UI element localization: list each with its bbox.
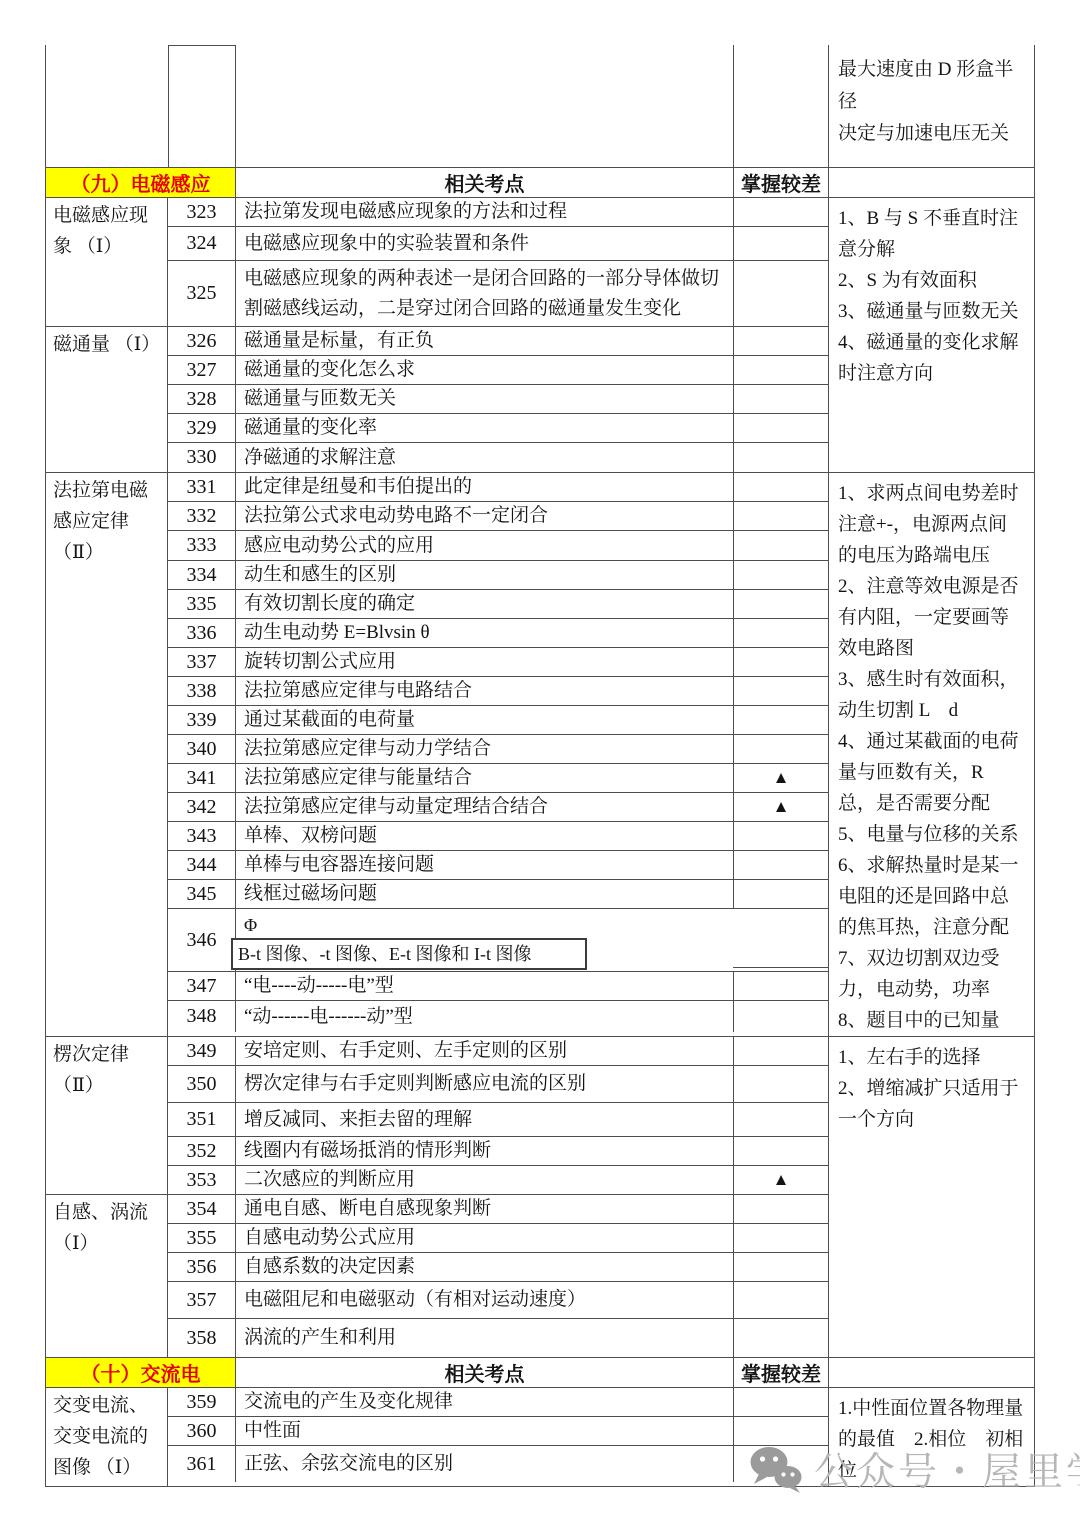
row-number-cell: 345: [168, 880, 236, 908]
category-cell: 楞次定律 （Ⅱ）: [46, 1037, 167, 1195]
row-number-cell: 327: [168, 356, 236, 384]
table-row: 325电磁感应现象的两种表述一是闭合回路的一部分导体做切割磁感线运动，二是穿过闭…: [168, 261, 828, 327]
row-mastery-cell: [733, 1224, 828, 1252]
row-topic-cell: 增反减同、来拒去留的理解: [236, 1103, 733, 1136]
row-mastery-cell: [733, 590, 828, 618]
table-band: 电磁感应现象 （Ⅰ）磁通量 （Ⅰ）323法拉第发现电磁感应现象的方法和过程324…: [46, 198, 1034, 473]
category-column: 电磁感应现象 （Ⅰ）磁通量 （Ⅰ）: [46, 198, 168, 472]
row-number-cell: 343: [168, 822, 236, 850]
row-topic-cell: 单棒、双榜问题: [236, 822, 733, 850]
row-topic-cell: 电磁感应现象中的实验装置和条件: [236, 227, 733, 260]
column-header-mastery: 掌握较差: [734, 1358, 829, 1387]
table-row: 344单棒与电容器连接问题: [168, 851, 828, 880]
row-mastery-cell: [733, 619, 828, 647]
row-topic-cell: 中性面: [236, 1417, 733, 1445]
row-topic-cell: 法拉第感应定律与动力学结合: [236, 735, 733, 763]
table-band: 楞次定律 （Ⅱ）自感、涡流 （Ⅰ）349安培定则、右手定则、左手定则的区别350…: [46, 1037, 1034, 1358]
row-number-cell: 351: [168, 1103, 236, 1136]
row-number-cell: 359: [168, 1388, 236, 1416]
table-row: 355自感电动势公式应用: [168, 1224, 828, 1253]
row-mastery-cell: [733, 1066, 828, 1102]
row-number-cell: 361: [168, 1446, 236, 1482]
row-mastery-cell: [733, 677, 828, 705]
row-mastery-cell: [733, 1195, 828, 1223]
table-row: 323法拉第发现电磁感应现象的方法和过程: [168, 198, 828, 227]
row-number-cell: 330: [168, 443, 236, 472]
row-topic-cell: 线圈内有磁场抵消的情形判断: [236, 1137, 733, 1165]
empty-number-cell: [168, 45, 236, 168]
row-mastery-cell: [733, 735, 828, 763]
phi-symbol: Φ: [244, 910, 257, 940]
row-topic-cell: 正弦、余弦交流电的区别: [236, 1446, 733, 1482]
row-mastery-cell: [733, 1137, 828, 1165]
row-mastery-cell: [733, 443, 828, 472]
table-row: 354通电自感、断电自感现象判断: [168, 1195, 828, 1224]
band-notes-cell: 1、求两点间电势差时注意+-，电源两点间的电压为路端电压 2、注意等效电源是否有…: [828, 473, 1034, 1036]
exam-points-table: 最大速度由 D 形盒半径 决定与加速电压无关 （九）电磁感应相关考点掌握较差电磁…: [45, 45, 1035, 1487]
table-row: 347“电----动-----电”型: [168, 972, 828, 1001]
document-page: { "continuation": { "note": "最大速度由 D 形盒半…: [0, 0, 1080, 1526]
column-header-notes-blank: [829, 168, 1034, 197]
row-number-cell: 325: [168, 261, 236, 326]
row-number-cell: 336: [168, 619, 236, 647]
row-number-cell: 360: [168, 1417, 236, 1445]
category-column: 楞次定律 （Ⅱ）自感、涡流 （Ⅰ）: [46, 1037, 168, 1357]
row-mastery-cell: [733, 473, 828, 501]
table-row: 358涡流的产生和利用: [168, 1319, 828, 1357]
row-mastery-cell: [733, 909, 828, 971]
row-topic-cell: 有效切割长度的确定: [236, 590, 733, 618]
table-row: 342法拉第感应定律与动量定理结合结合▲: [168, 793, 828, 822]
category-cell: 磁通量 （Ⅰ）: [46, 327, 167, 472]
table-row: 348“动------电------动”型: [168, 1001, 828, 1032]
band-notes-cell: 1、B 与 S 不垂直时注意分解 2、S 为有效面积 3、磁通量与匝数无关 4、…: [828, 198, 1034, 472]
row-mastery-cell: ▲: [733, 764, 828, 792]
rows-column: 331此定律是纽曼和韦伯提出的332法拉第公式求电动势电路不一定闭合333感应电…: [168, 473, 828, 1036]
row-mastery-cell: [733, 502, 828, 530]
section-title: （十）交流电: [46, 1358, 236, 1387]
table-row: 324电磁感应现象中的实验装置和条件: [168, 227, 828, 261]
row-topic-cell: 净磁通的求解注意: [236, 443, 733, 472]
category-cell: 法拉第电磁感应定律 （Ⅱ）: [46, 473, 167, 1032]
column-header-topics: 相关考点: [236, 168, 734, 197]
table-row: 338法拉第感应定律与电路结合: [168, 677, 828, 706]
graph-types-textbox: B-t 图像、-t 图像、E-t 图像和 I-t 图像: [231, 938, 587, 970]
table-row: 349安培定则、右手定则、左手定则的区别: [168, 1037, 828, 1066]
row-number-cell: 323: [168, 198, 236, 226]
section-header-row: （九）电磁感应相关考点掌握较差: [46, 168, 1034, 198]
table-row: 360中性面: [168, 1417, 828, 1446]
table-row: 326磁通量是标量，有正负: [168, 327, 828, 356]
table-row: 351增反减同、来拒去留的理解: [168, 1103, 828, 1137]
row-topic-cell: 动生和感生的区别: [236, 561, 733, 589]
table-row: 339通过某截面的电荷量: [168, 706, 828, 735]
row-mastery-cell: [733, 972, 828, 1000]
row-number-cell: 350: [168, 1066, 236, 1102]
row-topic-cell: 交流电的产生及变化规律: [236, 1388, 733, 1416]
row-topic-cell: 安培定则、右手定则、左手定则的区别: [236, 1037, 733, 1065]
row-mastery-cell: [733, 880, 828, 908]
table-row: 337旋转切割公式应用: [168, 648, 828, 677]
category-cell: 交变电流、交变电流的图像 （Ⅰ）: [46, 1388, 167, 1482]
category-column: 交变电流、交变电流的图像 （Ⅰ）: [46, 1388, 168, 1486]
row-topic-cell: 法拉第感应定律与电路结合: [236, 677, 733, 705]
row-number-cell: 326: [168, 327, 236, 355]
table-row: 359交流电的产生及变化规律: [168, 1388, 828, 1417]
table-row: 345线框过磁场问题: [168, 880, 828, 909]
row-mastery-cell: [733, 227, 828, 260]
row-topic-cell: 自感电动势公式应用: [236, 1224, 733, 1252]
row-number-cell: 340: [168, 735, 236, 763]
row-mastery-cell: [733, 1282, 828, 1318]
row-mastery-cell: [733, 822, 828, 850]
row-topic-cell: 此定律是纽曼和韦伯提出的: [236, 473, 733, 501]
row-mastery-cell: [733, 1253, 828, 1281]
table-row: 336动生电动势 E=Blvsin θ: [168, 619, 828, 648]
table-row: 333感应电动势公式的应用: [168, 531, 828, 561]
column-header-notes-blank: [829, 1358, 1034, 1387]
row-number-cell: 337: [168, 648, 236, 676]
row-topic-cell: 磁通量的变化率: [236, 414, 733, 442]
row-mastery-cell: [733, 356, 828, 384]
row-number-cell: 341: [168, 764, 236, 792]
rows-column: 323法拉第发现电磁感应现象的方法和过程324电磁感应现象中的实验装置和条件32…: [168, 198, 828, 472]
row-number-cell: 338: [168, 677, 236, 705]
table-row: 329磁通量的变化率: [168, 414, 828, 443]
table-row: 350楞次定律与右手定则判断感应电流的区别: [168, 1066, 828, 1103]
watermark-text: 公众号・屋里学家: [814, 1441, 1080, 1497]
table-row: 341法拉第感应定律与能量结合▲: [168, 764, 828, 793]
watermark: 公众号・屋里学家: [750, 1441, 1080, 1497]
row-mastery-cell: [733, 385, 828, 413]
row-number-cell: 328: [168, 385, 236, 413]
row-mastery-cell: [733, 327, 828, 355]
table-row: 346ΦB-t 图像、-t 图像、E-t 图像和 I-t 图像: [168, 909, 828, 972]
row-topic-cell: 法拉第感应定律与动量定理结合结合: [236, 793, 733, 821]
row-topic-cell: 法拉第公式求电动势电路不一定闭合: [236, 502, 733, 530]
row-number-cell: 342: [168, 793, 236, 821]
row-mastery-cell: [733, 414, 828, 442]
row-topic-cell: 自感系数的决定因素: [236, 1253, 733, 1281]
row-topic-cell: 磁通量的变化怎么求: [236, 356, 733, 384]
row-number-cell: 333: [168, 531, 236, 560]
category-cell: 电磁感应现象 （Ⅰ）: [46, 198, 167, 327]
row-number-cell: 357: [168, 1282, 236, 1318]
band-notes-cell: 1、左右手的选择 2、增缩减扩只适用于一个方向: [828, 1037, 1034, 1357]
row-topic-cell: 涡流的产生和利用: [236, 1319, 733, 1357]
wechat-icon: [750, 1445, 802, 1493]
row-mastery-cell: [733, 198, 828, 226]
table-continuation-band: 最大速度由 D 形盒半径 决定与加速电压无关: [46, 45, 1034, 168]
row-mastery-cell: [733, 531, 828, 560]
row-mastery-cell: [733, 1103, 828, 1136]
table-row: 340法拉第感应定律与动力学结合: [168, 735, 828, 764]
row-topic-cell: 法拉第感应定律与能量结合: [236, 764, 733, 792]
row-number-cell: 339: [168, 706, 236, 734]
row-topic-cell: 动生电动势 E=Blvsin θ: [236, 619, 733, 647]
row-topic-cell: 电磁阻尼和电磁驱动（有相对运动速度）: [236, 1282, 733, 1318]
row-number-cell: 355: [168, 1224, 236, 1252]
row-mastery-cell: [733, 648, 828, 676]
row-mastery-cell: [733, 561, 828, 589]
category-column: 法拉第电磁感应定律 （Ⅱ）: [46, 473, 168, 1036]
column-divider: [733, 45, 734, 167]
table-row: 357电磁阻尼和电磁驱动（有相对运动速度）: [168, 1282, 828, 1319]
row-mastery-cell: ▲: [733, 1166, 828, 1194]
row-mastery-cell: [733, 1319, 828, 1357]
row-number-cell: 331: [168, 473, 236, 501]
table-row: 332法拉第公式求电动势电路不一定闭合: [168, 502, 828, 531]
column-header-topics: 相关考点: [236, 1358, 734, 1387]
row-number-cell: 352: [168, 1137, 236, 1165]
row-number-cell: 344: [168, 851, 236, 879]
row-topic-cell: “动------电------动”型: [236, 1001, 733, 1032]
row-topic-cell: 磁通量是标量，有正负: [236, 327, 733, 355]
table-row: 327磁通量的变化怎么求: [168, 356, 828, 385]
row-topic-cell: 楞次定律与右手定则判断感应电流的区别: [236, 1066, 733, 1102]
table-sections: （九）电磁感应相关考点掌握较差电磁感应现象 （Ⅰ）磁通量 （Ⅰ）323法拉第发现…: [46, 168, 1034, 1487]
row-number-cell: 347: [168, 972, 236, 1000]
table-row: 356自感系数的决定因素: [168, 1253, 828, 1282]
table-band: 法拉第电磁感应定律 （Ⅱ）331此定律是纽曼和韦伯提出的332法拉第公式求电动势…: [46, 473, 1034, 1037]
row-topic-cell: 线框过磁场问题: [236, 880, 733, 908]
row-topic-cell: 电磁感应现象的两种表述一是闭合回路的一部分导体做切割磁感线运动，二是穿过闭合回路…: [236, 261, 733, 326]
row-number-cell: 332: [168, 502, 236, 530]
row-number-cell: 348: [168, 1001, 236, 1032]
row-mastery-cell: [733, 851, 828, 879]
row-topic-cell: 单棒与电容器连接问题: [236, 851, 733, 879]
row-topic-cell: 法拉第发现电磁感应现象的方法和过程: [236, 198, 733, 226]
row-number-cell: 324: [168, 227, 236, 260]
section-header-row: （十）交流电相关考点掌握较差: [46, 1358, 1034, 1388]
table-row: 343单棒、双榜问题: [168, 822, 828, 851]
row-number-cell: 353: [168, 1166, 236, 1194]
row-number-cell: 349: [168, 1037, 236, 1065]
row-mastery-cell: [733, 261, 828, 326]
row-mastery-cell: [733, 1388, 828, 1416]
row-number-cell: 334: [168, 561, 236, 589]
category-cell: 自感、涡流 （Ⅰ）: [46, 1195, 167, 1357]
column-header-mastery: 掌握较差: [734, 168, 829, 197]
column-divider: [828, 45, 829, 167]
table-row: 334动生和感生的区别: [168, 561, 828, 590]
row-mastery-cell: [733, 1001, 828, 1032]
row-mastery-cell: ▲: [733, 793, 828, 821]
row-topic-cell: 旋转切割公式应用: [236, 648, 733, 676]
table-row: 331此定律是纽曼和韦伯提出的: [168, 473, 828, 502]
row-number-cell: 358: [168, 1319, 236, 1357]
table-row: 353二次感应的判断应用▲: [168, 1166, 828, 1195]
row-number-cell: 335: [168, 590, 236, 618]
row-topic-cell: “电----动-----电”型: [236, 972, 733, 1000]
row-topic-cell: 二次感应的判断应用: [236, 1166, 733, 1194]
section-title: （九）电磁感应: [46, 168, 236, 197]
rows-column: 359交流电的产生及变化规律360中性面361正弦、余弦交流电的区别: [168, 1388, 828, 1486]
continuation-note: 最大速度由 D 形盒半径 决定与加速电压无关: [838, 54, 1030, 150]
row-mastery-cell: [733, 706, 828, 734]
table-row: 330净磁通的求解注意: [168, 443, 828, 472]
table-row: 328磁通量与匝数无关: [168, 385, 828, 414]
table-row: 335有效切割长度的确定: [168, 590, 828, 619]
row-topic-cell: 磁通量与匝数无关: [236, 385, 733, 413]
row-topic-cell: 感应电动势公式的应用: [236, 531, 733, 560]
row-topic-cell: 通过某截面的电荷量: [236, 706, 733, 734]
table-row: 352线圈内有磁场抵消的情形判断: [168, 1137, 828, 1166]
row-number-cell: 354: [168, 1195, 236, 1223]
row-topic-cell: ΦB-t 图像、-t 图像、E-t 图像和 I-t 图像: [236, 909, 733, 971]
row-number-cell: 329: [168, 414, 236, 442]
rows-column: 349安培定则、右手定则、左手定则的区别350楞次定律与右手定则判断感应电流的区…: [168, 1037, 828, 1357]
row-mastery-cell: [733, 1037, 828, 1065]
table-row: 361正弦、余弦交流电的区别: [168, 1446, 828, 1482]
row-number-cell: 356: [168, 1253, 236, 1281]
row-number-cell: 346: [168, 909, 236, 971]
row-topic-cell: 通电自感、断电自感现象判断: [236, 1195, 733, 1223]
